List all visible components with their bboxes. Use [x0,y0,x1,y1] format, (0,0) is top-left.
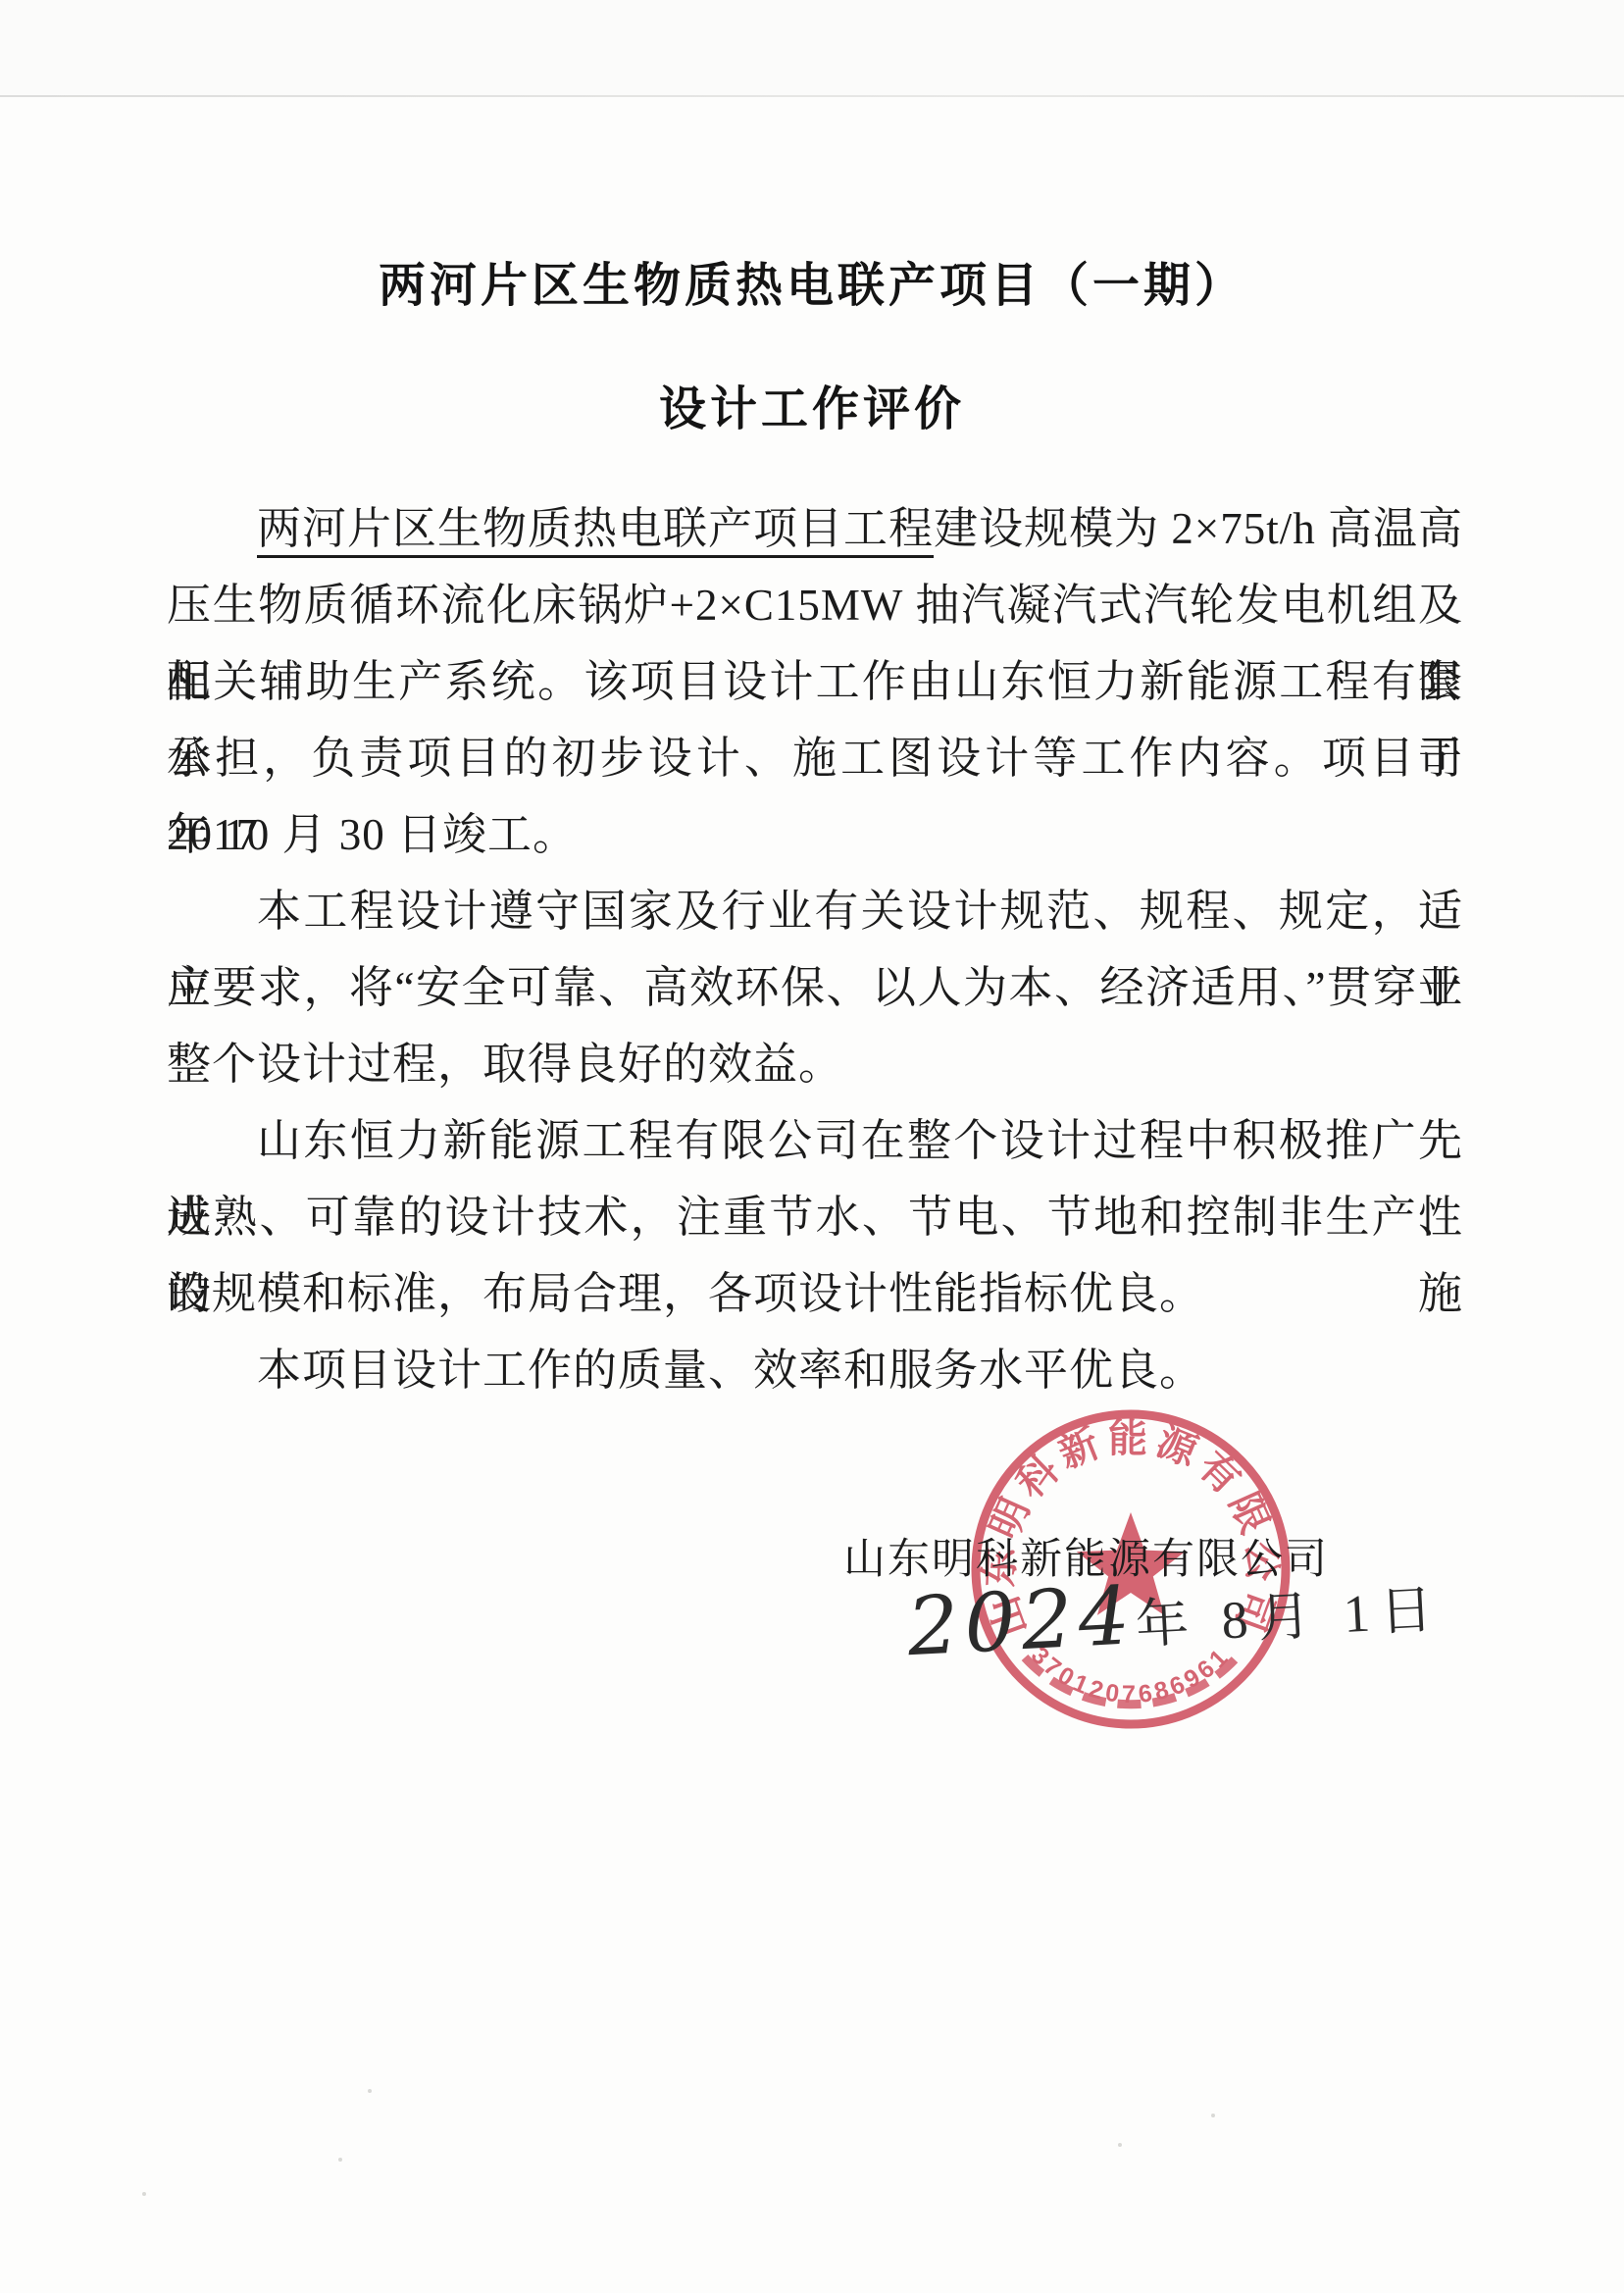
body-line: 整个设计过程，取得良好的效益。 [167,1026,1463,1102]
body-text: 主要求，将“安全可靠、高效环保、以人为本、经济适用、”贯穿于 [167,963,1463,1012]
scan-speck [142,2192,146,2196]
body-line: 两河片区生物质热电联产项目工程建设规模为 2×75t/h 高温高 [167,490,1463,567]
document-body: 两河片区生物质热电联产项目工程建设规模为 2×75t/h 高温高压生物质循环流化… [167,490,1463,1408]
date-month-day: 年 8月 1日 [1135,1580,1445,1655]
scan-fold-line [0,95,1624,97]
scan-speck [1118,2143,1122,2147]
body-line: 主要求，将“安全可靠、高效环保、以人为本、经济适用、”贯穿于 [167,949,1463,1026]
body-line: 本项目设计工作的质量、效率和服务水平优良。 [167,1332,1463,1408]
document-title: 两河片区生物质热电联产项目（一期） [0,247,1624,315]
scanned-document-page: { "document": { "title_line1": "两河片区生物质热… [0,0,1624,2293]
scan-fold-strip [0,0,1624,95]
body-line: 成熟、可靠的设计技术，注重节水、节电、节地和控制非生产性设施 [167,1179,1463,1255]
body-text: 年 10 月 30 日竣工。 [167,810,578,859]
underlined-text: 两河片区生物质热电联产项目工程 [257,504,934,553]
body-line: 压生物质循环流化床锅炉+2×C15MW 抽汽凝汽式汽轮发电机组及配套 [167,567,1463,643]
body-text: 整个设计过程，取得良好的效益。 [167,1040,843,1089]
body-line: 本工程设计遵守国家及行业有关设计规范、规程、规定，适应业 [167,873,1463,949]
date-year: 2024 [905,1569,1138,1674]
scan-speck [1211,2114,1215,2117]
document-subtitle: 设计工作评价 [0,371,1624,438]
scan-speck [368,2089,372,2093]
body-line: 山东恒力新能源工程有限公司在整个设计过程中积极推广先进、 [167,1102,1463,1179]
scan-speck [338,2158,342,2162]
body-text: 的规模和标准，布局合理，各项设计性能指标优良。 [167,1269,1204,1318]
body-text: 本项目设计工作的质量、效率和服务水平优良。 [257,1346,1204,1395]
body-line: 相关辅助生产系统。该项目设计工作由山东恒力新能源工程有限公司 [167,643,1463,720]
body-line: 承担，负责项目的初步设计、施工图设计等工作内容。项目于 2017 [167,720,1463,796]
body-line: 年 10 月 30 日竣工。 [167,796,1463,873]
body-text: 建设规模为 2×75t/h 高温高 [934,504,1463,553]
